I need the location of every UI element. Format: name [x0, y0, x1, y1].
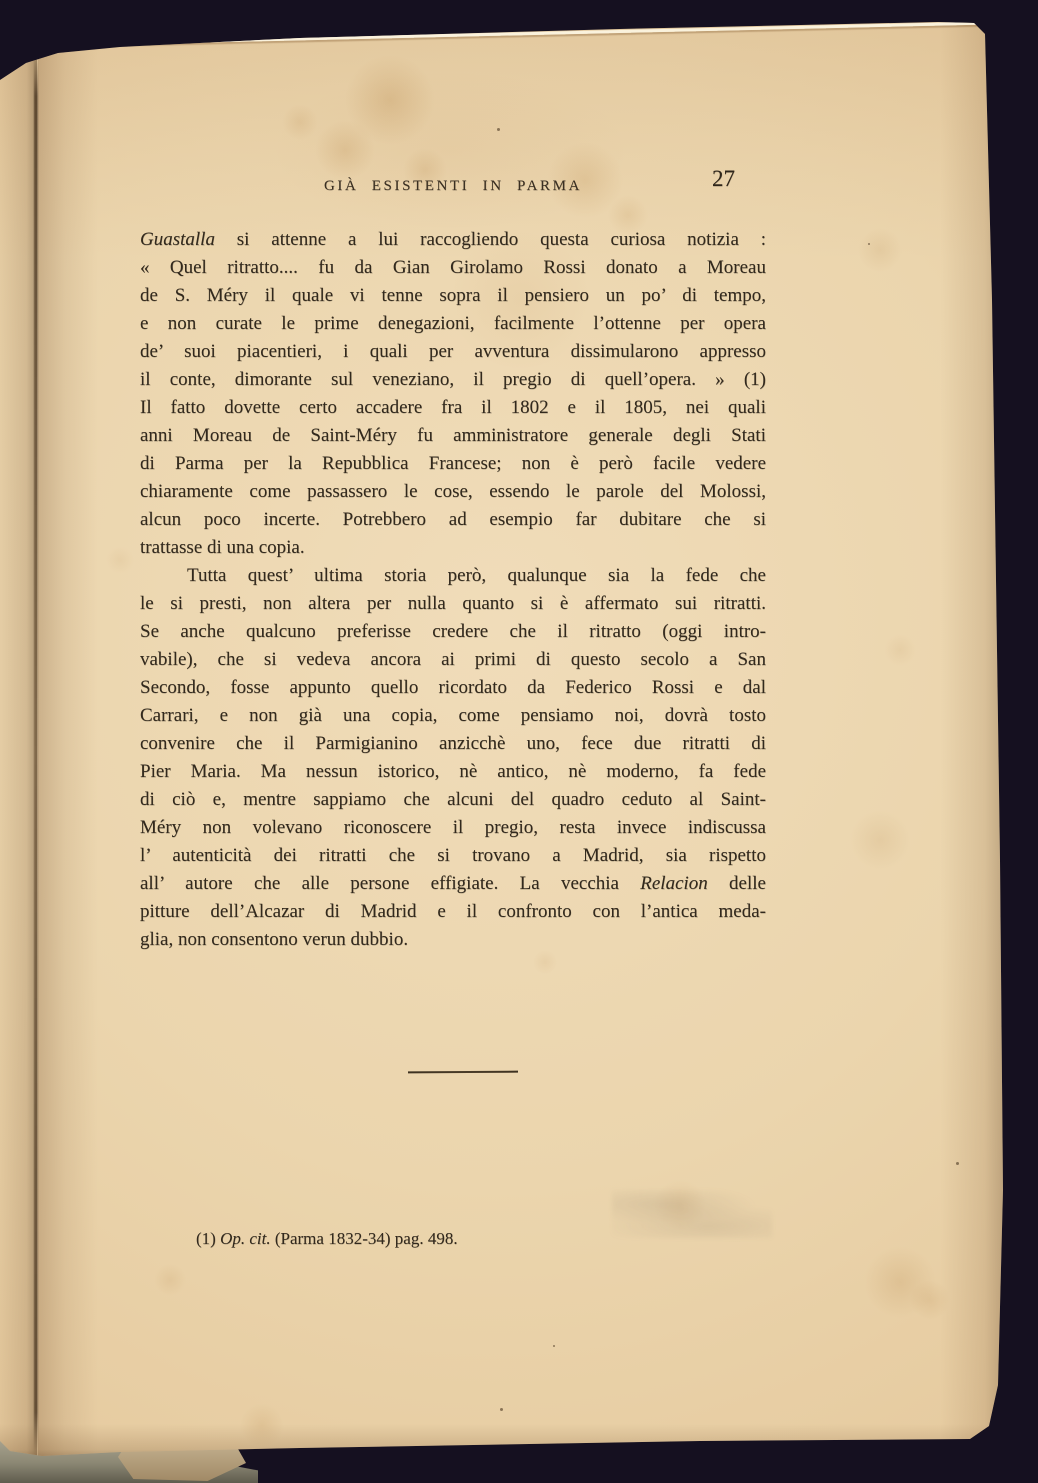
running-title: GIÀ ESISTENTI IN PARMA	[324, 178, 582, 194]
text-run: chiaramente come passassero le cose, ess…	[140, 481, 766, 502]
text-run: si attenne a lui raccogliendo questa cur…	[215, 229, 766, 250]
text-run: vabile), che si vedeva ancora ai primi d…	[140, 649, 766, 670]
text-line: all’ autore che alle persone effigiate. …	[140, 870, 766, 898]
text-run: Carrari, e non già una copia, come pensi…	[140, 705, 766, 726]
text-run: Il fatto dovette certo accadere fra il 1…	[140, 397, 766, 418]
text-run: de’ suoi piacentieri, i quali per avvent…	[140, 341, 766, 362]
text-line: il conte, dimorante sul veneziano, il pr…	[140, 366, 766, 394]
text-run: e non curate le prime denegazioni, facil…	[140, 313, 766, 334]
text-line: anni Moreau de Saint-Méry fu amministrat…	[140, 422, 766, 450]
text-line: Pier Maria. Ma nessun istorico, nè antic…	[140, 758, 766, 786]
section-divider-rule	[408, 1071, 518, 1074]
running-header: GIÀ ESISTENTI IN PARMA	[140, 177, 766, 195]
text-line: pitture dell’Alcazar di Madrid e il conf…	[140, 898, 766, 926]
text-line: le si presti, non altera per nulla quant…	[140, 590, 766, 618]
text-run: Méry non volevano riconoscere il pregio,…	[140, 817, 766, 838]
gutter-shadow	[38, 40, 98, 1456]
paper-speck	[500, 1408, 503, 1411]
text-line: alcun poco incerte. Potrebbero ad esempi…	[140, 506, 766, 534]
text-line: Guastalla si attenne a lui raccogliendo …	[140, 226, 766, 254]
text-line: Carrari, e non già una copia, come pensi…	[140, 702, 766, 730]
paper-speck	[868, 243, 870, 245]
text-line: l’ autenticità dei ritratti che si trova…	[140, 842, 766, 870]
text-line: Tutta quest’ ultima storia però, qualunq…	[140, 562, 766, 590]
text-run: alcun poco incerte. Potrebbero ad esempi…	[140, 509, 766, 530]
text-line: « Quel ritratto.... fu da Gian Girolamo …	[140, 254, 766, 282]
text-run: il conte, dimorante sul veneziano, il pr…	[140, 369, 766, 390]
text-line: di Parma per la Repubblica Francese; non…	[140, 450, 766, 478]
text-line: trattasse di una copia.	[140, 534, 766, 562]
body-text: Guastalla si attenne a lui raccogliendo …	[140, 226, 766, 954]
text-run: anni Moreau de Saint-Méry fu amministrat…	[140, 425, 766, 446]
italic-text-run: Guastalla	[140, 229, 215, 250]
text-line: Méry non volevano riconoscere il pregio,…	[140, 814, 766, 842]
text-run: de S. Méry il quale vi tenne sopra il pe…	[140, 285, 766, 306]
text-run: glia, non consentono verun dubbio.	[140, 929, 408, 950]
text-line: Secondo, fosse appunto quello ricordato …	[140, 674, 766, 702]
text-run: all’ autore che alle persone effigiate. …	[140, 873, 640, 894]
text-line: vabile), che si vedeva ancora ai primi d…	[140, 646, 766, 674]
paper-speck	[956, 1162, 959, 1165]
facing-page-strip	[0, 40, 37, 1460]
italic-text-run: Op. cit.	[220, 1229, 271, 1248]
text-line: Se anche qualcuno preferisse credere che…	[140, 618, 766, 646]
right-edge-shading	[940, 20, 1004, 1440]
text-run: le si presti, non altera per nulla quant…	[140, 593, 766, 614]
text-run: « Quel ritratto.... fu da Gian Girolamo …	[140, 257, 766, 278]
paper-speck	[553, 1345, 555, 1347]
text-line: Il fatto dovette certo accadere fra il 1…	[140, 394, 766, 422]
paper-speck	[497, 128, 500, 131]
footnote: (1) Op. cit. (Parma 1832-34) pag. 498.	[196, 1227, 666, 1251]
text-run: pitture dell’Alcazar di Madrid e il conf…	[140, 901, 766, 922]
page-number: 27	[712, 166, 772, 192]
text-run: (1)	[196, 1229, 220, 1248]
text-line: chiaramente come passassero le cose, ess…	[140, 478, 766, 506]
text-run: l’ autenticità dei ritratti che si trova…	[140, 845, 766, 866]
text-run: delle	[708, 873, 766, 894]
italic-text-run: Relacion	[640, 873, 708, 894]
text-run: convenire che il Parmigianino anzicchè u…	[140, 733, 766, 754]
text-run: Pier Maria. Ma nessun istorico, nè antic…	[140, 761, 766, 782]
text-run: (Parma 1832-34) pag. 498.	[271, 1229, 458, 1248]
text-line: di ciò e, mentre sappiamo che alcuni del…	[140, 786, 766, 814]
paper-top-shading	[0, 0, 1038, 260]
text-line: e non curate le prime denegazioni, facil…	[140, 310, 766, 338]
text-run: di Parma per la Repubblica Francese; non…	[140, 453, 766, 474]
text-run: trattasse di una copia.	[140, 537, 305, 558]
text-run: Tutta quest’ ultima storia però, qualunq…	[187, 565, 766, 586]
scanned-book-photo: GIÀ ESISTENTI IN PARMA 27 Guastalla si a…	[0, 0, 1038, 1483]
bottom-edge-shading	[0, 1424, 1004, 1456]
text-run: di ciò e, mentre sappiamo che alcuni del…	[140, 789, 766, 810]
text-run: Secondo, fosse appunto quello ricordato …	[140, 677, 766, 698]
text-line: glia, non consentono verun dubbio.	[140, 926, 766, 954]
text-line: de S. Méry il quale vi tenne sopra il pe…	[140, 282, 766, 310]
text-run: Se anche qualcuno preferisse credere che…	[140, 621, 766, 642]
text-line: convenire che il Parmigianino anzicchè u…	[140, 730, 766, 758]
book-page: GIÀ ESISTENTI IN PARMA 27 Guastalla si a…	[0, 0, 1038, 1483]
text-line: de’ suoi piacentieri, i quali per avvent…	[140, 338, 766, 366]
